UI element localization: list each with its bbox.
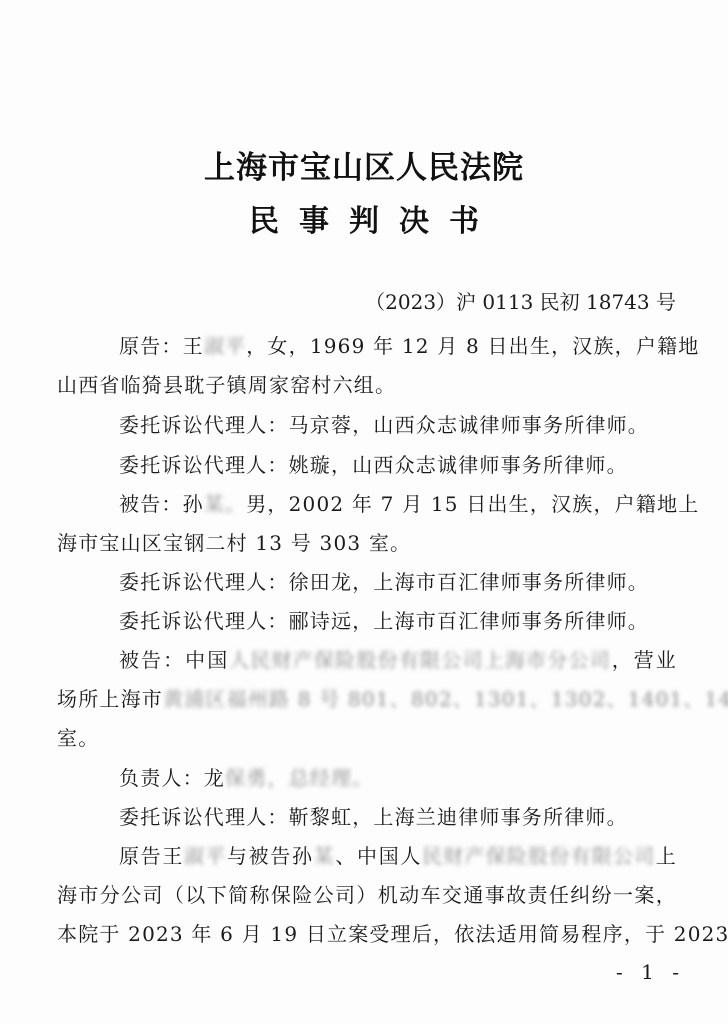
body-text: 、中国人 <box>335 844 422 868</box>
defendant1-line-1: 被告：孙某。男，2002 年 7 月 15 日出生，汉族，户籍地上 <box>119 488 677 517</box>
defendant1-details: 男，2002 年 7 月 15 日出生，汉族，户籍地上 <box>246 492 699 516</box>
responsible-person: 负责人：龙保勇，总经理。 <box>119 762 373 791</box>
body-para-1-line-2: 海市分公司（以下简称保险公司）机动车交通事故责任纠纷一案， <box>57 879 677 908</box>
body-para-1-line-3: 本院于 2023 年 6 月 19 日立案受理后，依法适用简易程序，于 2023 <box>57 918 677 947</box>
court-name: 上海市宝山区人民法院 <box>0 142 728 187</box>
redacted-name: 保勇，总经理。 <box>225 762 373 791</box>
redacted-address: 黄浦区福州路 8 号 801、802、1301、1302、1401、1402 <box>163 683 728 712</box>
redacted-name: 某 <box>314 840 335 869</box>
page-number: - 1 - <box>616 960 685 984</box>
defendant1-agent-1: 委托诉讼代理人：徐田龙，上海市百汇律师事务所律师。 <box>119 566 649 595</box>
redacted-company-name: 人民财产保险股份有限公司上海市分公司 <box>229 644 611 673</box>
plaintiff-agent-2: 委托诉讼代理人：姚璇，山西众志诚律师事务所律师。 <box>119 449 628 478</box>
body-text: 原告王 <box>119 844 184 868</box>
case-number: （2023）沪 0113 民初 18743 号 <box>365 286 676 315</box>
redacted-company-name: 民财产保险股份有限公司 <box>422 840 655 869</box>
defendant2-agent-1: 委托诉讼代理人：靳黎虹，上海兰迪律师事务所律师。 <box>119 801 628 830</box>
document-page: 上海市宝山区人民法院 民事判决书 （2023）沪 0113 民初 18743 号… <box>0 0 728 1024</box>
plaintiff-line-2: 山西省临猗县耽子镇周家窑村六组。 <box>57 369 396 398</box>
plaintiff-agent-1: 委托诉讼代理人：马京蓉，山西众志诚律师事务所律师。 <box>119 409 649 438</box>
defendant1-label: 被告：孙 <box>119 492 204 516</box>
responsible-person-label: 负责人：龙 <box>119 766 225 790</box>
body-text: 上 <box>655 844 677 868</box>
defendant1-line-2: 海市宝山区宝钢二村 13 号 303 室。 <box>57 527 411 556</box>
document-type-title: 民事判决书 <box>0 196 728 240</box>
defendant1-agent-2: 委托诉讼代理人：郦诗远，上海市百汇律师事务所律师。 <box>119 605 649 634</box>
defendant2-line-2: 场所上海市黄浦区福州路 8 号 801、802、1301、1302、1401、1… <box>57 683 677 712</box>
redacted-name: 淑平 <box>184 840 226 869</box>
defendant2-address-label: 场所上海市 <box>57 687 163 711</box>
redacted-name: 某。 <box>204 488 246 517</box>
plaintiff-line-1: 原告：王淑平，女，1969 年 12 月 8 日出生，汉族，户籍地 <box>119 330 677 359</box>
plaintiff-details: ，女，1969 年 12 月 8 日出生，汉族，户籍地 <box>246 334 699 358</box>
body-para-1-line-1: 原告王淑平与被告孙某、中国人民财产保险股份有限公司上 <box>119 840 677 869</box>
defendant2-line-3: 室。 <box>57 722 99 751</box>
plaintiff-label: 原告：王 <box>119 334 204 358</box>
redacted-name: 淑平 <box>204 330 246 359</box>
defendant2-line-1: 被告：中国人民财产保险股份有限公司上海市分公司，营业 <box>119 644 677 673</box>
body-text: 与被告孙 <box>226 844 313 868</box>
defendant2-label: 被告：中国 <box>119 648 229 672</box>
defendant2-details: ，营业 <box>611 648 677 672</box>
